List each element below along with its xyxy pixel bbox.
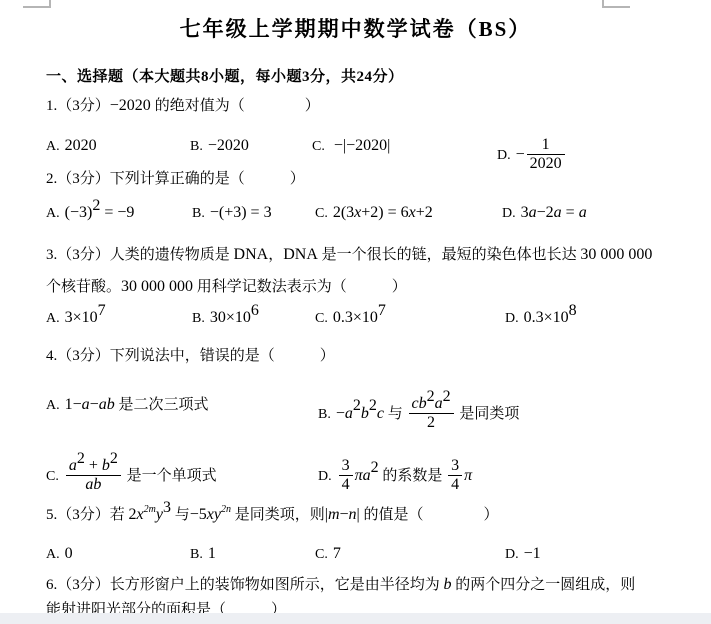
option-formula: 30×106 xyxy=(210,309,259,326)
question-3-stem-line2: 个核苷酸。30 000 000 用科学记数法表示为（ ） xyxy=(46,277,407,297)
option-formula: −12020 xyxy=(516,146,567,163)
margin-corner-mark-right xyxy=(602,0,630,8)
question-1-option-a: A.2020 xyxy=(46,136,97,156)
option-formula: 0 xyxy=(65,545,73,562)
option-label: D. xyxy=(318,469,332,484)
question-2-stem: 2.（3分）下列计算正确的是（ ） xyxy=(46,170,305,189)
question-5-option-a: A.0 xyxy=(46,544,73,564)
question-2-option-b: B.−(+3) = 3 xyxy=(192,203,272,223)
option-formula: 34πa2 的系数是 34π xyxy=(337,467,473,484)
question-4-option-a: A.1−a−ab 是二次三项式 xyxy=(46,395,208,415)
question-4-option-d: D.34πa2 的系数是 34π xyxy=(318,457,472,495)
question-3-option-d: D.0.3×108 xyxy=(505,308,577,328)
question-1-option-d: D.−12020 xyxy=(497,136,567,174)
option-label: D. xyxy=(505,547,519,562)
option-formula: 1 xyxy=(208,545,216,562)
question-1-option-c: C. −|−2020| xyxy=(312,136,390,156)
question-2-option-d: D.3a−2a = a xyxy=(502,203,587,223)
question-1-stem: 1.（3分）−2020 的绝对值为（ ） xyxy=(46,96,320,116)
option-label: C. xyxy=(312,139,325,154)
option-formula: a2 + b2ab 是一个单项式 xyxy=(64,467,217,484)
question-2-option-a: A.(−3)2 = −9 xyxy=(46,203,134,223)
option-label: A. xyxy=(46,311,60,326)
document-page: 七年级上学期期中数学试卷（BS） 一、选择题（本大题共8小题，每小题3分，共24… xyxy=(0,0,711,624)
margin-corner-mark-left xyxy=(23,0,51,8)
option-label: D. xyxy=(497,148,511,163)
option-label: B. xyxy=(318,407,331,422)
question-3-option-a: A.3×107 xyxy=(46,308,106,328)
option-formula: −(+3) = 3 xyxy=(210,204,272,221)
question-3-option-b: B.30×106 xyxy=(192,308,259,328)
option-label: D. xyxy=(505,311,519,326)
question-2-option-c: C.2(3x+2) = 6x+2 xyxy=(315,203,433,223)
option-formula: 2(3x+2) = 6x+2 xyxy=(333,204,433,221)
question-1-option-b: B.−2020 xyxy=(190,136,249,156)
option-label: A. xyxy=(46,398,60,413)
option-label: C. xyxy=(315,547,328,562)
option-formula: 0.3×108 xyxy=(524,309,577,326)
option-label: D. xyxy=(502,206,516,221)
option-label: A. xyxy=(46,547,60,562)
question-6-stem-line1: 6.（3分）长方形窗户上的装饰物如图所示，它是由半径均为 b 的两个四分之一圆组… xyxy=(46,575,635,595)
question-3-option-c: C.0.3×107 xyxy=(315,308,386,328)
option-label: B. xyxy=(192,311,205,326)
option-label: C. xyxy=(315,311,328,326)
option-label: B. xyxy=(192,206,205,221)
question-4-option-b: B.−a2b2c 与 cb2a22 是同类项 xyxy=(318,395,519,433)
option-formula: −|−2020| xyxy=(330,137,390,154)
option-formula: 0.3×107 xyxy=(333,309,386,326)
option-label: C. xyxy=(315,206,328,221)
option-label: B. xyxy=(190,139,203,154)
question-5-stem: 5.（3分）若 2x2my3 与−5xy2n 是同类项，则|m−n| 的值是（ … xyxy=(46,505,499,525)
question-5-option-c: C.7 xyxy=(315,544,341,564)
option-label: A. xyxy=(46,139,60,154)
option-label: C. xyxy=(46,469,59,484)
page-title: 七年级上学期期中数学试卷（BS） xyxy=(0,13,711,43)
option-label: A. xyxy=(46,206,60,221)
option-formula: 3×107 xyxy=(65,309,106,326)
option-formula: 7 xyxy=(333,545,341,562)
option-formula: −2020 xyxy=(208,137,249,154)
question-4-stem: 4.（3分）下列说法中，错误的是（ ） xyxy=(46,347,335,366)
question-5-option-d: D.−1 xyxy=(505,544,541,564)
option-formula: −a2b2c 与 cb2a22 是同类项 xyxy=(336,405,520,422)
option-formula: (−3)2 = −9 xyxy=(65,204,135,221)
option-label: B. xyxy=(190,547,203,562)
option-formula: 2020 xyxy=(65,137,97,154)
option-formula: 1−a−ab 是二次三项式 xyxy=(65,396,209,413)
question-4-option-c: C.a2 + b2ab 是一个单项式 xyxy=(46,457,217,495)
option-formula: 3a−2a = a xyxy=(521,204,587,221)
question-5-option-b: B.1 xyxy=(190,544,216,564)
section-header: 一、选择题（本大题共8小题，每小题3分，共24分） xyxy=(46,68,404,87)
window-bottom-edge-band xyxy=(0,613,711,624)
option-formula: −1 xyxy=(524,545,541,562)
question-3-stem-line1: 3.（3分）人类的遗传物质是 DNA，DNA 是一个很长的链，最短的染色体也长达… xyxy=(46,245,652,265)
